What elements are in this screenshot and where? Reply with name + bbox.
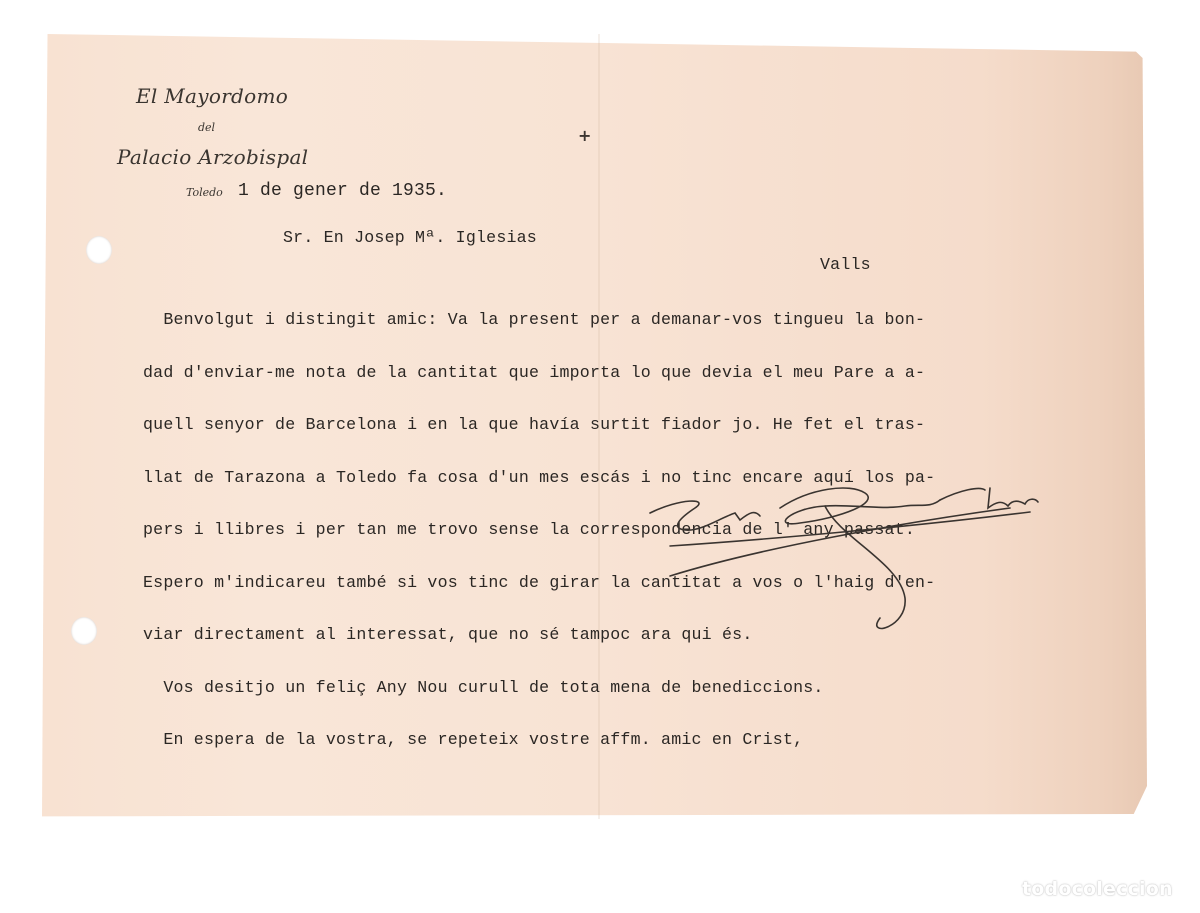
letterhead-institution: Palacio Arzobispal (117, 145, 308, 169)
watermark-logo: todocoleccion (1022, 878, 1173, 900)
body-line: quell senyor de Barcelona i en la que ha… (143, 416, 935, 434)
letter-date: 1 de gener de 1935. (238, 181, 447, 201)
punch-hole-icon (86, 236, 112, 264)
handwritten-signature-icon (640, 468, 1060, 648)
punch-hole-icon (71, 617, 97, 645)
page-canvas: El Mayordomo del Palacio Arzobispal Tole… (0, 0, 1200, 913)
letterhead-del: del (198, 121, 215, 134)
letterhead-title: El Mayordomo (136, 84, 288, 108)
body-line: dad d'enviar-me nota de la cantitat que … (143, 364, 935, 382)
body-line: Benvolgut i distingit amic: Va la presen… (143, 311, 935, 329)
body-line: Vos desitjo un feliç Any Nou curull de t… (143, 679, 935, 697)
cross-mark-icon: + (578, 126, 591, 145)
recipient-city: Valls (820, 255, 871, 274)
letterhead-city: Toledo (186, 186, 223, 199)
recipient-name: Sr. En Josep Mª. Iglesias (283, 228, 537, 247)
body-line: En espera de la vostra, se repeteix vost… (143, 731, 935, 749)
